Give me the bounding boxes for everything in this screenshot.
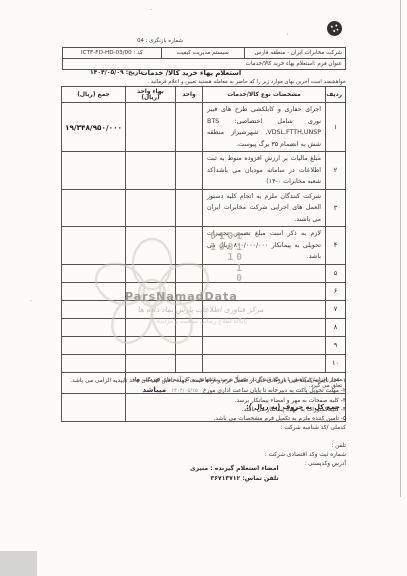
- row-number: ۶: [326, 282, 346, 300]
- row-number: ۹: [326, 336, 346, 354]
- stamped-word: میباشد: [142, 386, 166, 394]
- unit-price-cell: [126, 189, 176, 227]
- unit-price-cell: [126, 103, 176, 152]
- col-header-unit: واحد: [176, 87, 203, 103]
- notes-section: ۱- اخذ تاییدیه کمیته فنی بازرگانی قبل از…: [58, 377, 346, 470]
- unit-price-cell: [126, 336, 176, 354]
- unit-price-cell: [126, 227, 176, 265]
- unit-cell: [176, 336, 203, 354]
- total-cell: [62, 336, 126, 354]
- row-number: ۷: [326, 300, 346, 318]
- total-cell: [62, 282, 126, 300]
- row-number: ۱۰: [326, 354, 346, 372]
- note-item: ۵- تامین کننده ملزم به تکمیل فرم مشخصات …: [58, 415, 346, 424]
- total-cell: [62, 300, 126, 318]
- scanned-price-inquiry-form: شماره بازنگری : 04 شرکت مخابرات ایران - …: [0, 0, 407, 576]
- note-item: ۴- کلیه کسورات به عهده پیمانکار می باشد.: [58, 406, 346, 415]
- row-number: ۳: [326, 189, 346, 227]
- unit-cell: [176, 318, 203, 336]
- unit-price-cell: [126, 300, 176, 318]
- scan-edge-line: [400, 0, 401, 497]
- field-national-id: کدملی /کد شناسه شرکت :: [58, 424, 346, 433]
- table-row: ۱۰: [62, 354, 346, 372]
- note-item: ۱- اخذ تاییدیه کمیته فنی بازرگانی قبل از…: [58, 377, 346, 386]
- table-row: ۸: [62, 318, 346, 336]
- company-name: شرکت مخابرات ایران - منطقه فارس: [244, 48, 345, 59]
- unit-cell: [176, 152, 203, 190]
- field-phone: تلفن :: [58, 442, 346, 451]
- item-spec: [203, 336, 326, 354]
- total-cell: [62, 264, 126, 282]
- table-row: ۷: [62, 300, 346, 318]
- item-spec: [203, 354, 326, 372]
- table-row: ۹: [62, 336, 346, 354]
- unit-cell: [176, 300, 203, 318]
- col-header-row-number: ردیف: [326, 87, 346, 103]
- total-cell: [62, 189, 126, 227]
- unit-cell: [176, 354, 203, 372]
- table-header-row: ردیف مشخصات نوع کالا/خدمات واحد بهاء واح…: [62, 87, 346, 103]
- row-number: ۴: [326, 227, 346, 265]
- row-number: ۲: [326, 152, 346, 190]
- total-cell: [62, 152, 126, 190]
- unit-cell: [176, 282, 203, 300]
- unit-price-cell: [126, 282, 176, 300]
- signature-phone: تلفن تماس: ۳۶۷۱۳۷۱۲: [190, 474, 279, 484]
- unit-price-cell: [126, 264, 176, 282]
- signature-block: امضاء استعلام گیرنده : منیری تلفن تماس: …: [190, 464, 279, 484]
- table-row: ۳ شرکت کنندگان ملزم به انجام کلیه دستور …: [62, 189, 346, 227]
- scan-speck: [30, 300, 32, 301]
- scan-speck: [150, 9, 152, 10]
- request-line: خواهشمند است آخرین بهای موارد زیر را که …: [56, 79, 346, 85]
- field-register: شماره ثبت وکد اقتصادی شرکت :: [58, 451, 346, 460]
- price-table: ردیف مشخصات نوع کالا/خدمات واحد بهاء واح…: [61, 86, 346, 422]
- unit-cell: [176, 189, 203, 227]
- scan-speck: [287, 33, 288, 35]
- row-number: ۱: [326, 103, 346, 152]
- table-row: ۵: [62, 264, 346, 282]
- table-row: ۶: [62, 282, 346, 300]
- qms-label: سیستم مدیریت کیفیت: [161, 48, 244, 59]
- total-cell: [62, 354, 126, 372]
- item-spec: لازم به ذکر است مبلغ تضمین تجهیزات تحویل…: [203, 227, 326, 265]
- note-item: ۲- مهلت تحویل پاکت به دبیرخانه تا پایان …: [58, 386, 346, 396]
- col-header-unit-price: بهاء واحد (ریال): [126, 87, 176, 103]
- col-header-total: جمع (ریال): [62, 87, 126, 103]
- note-item: ۳- کلیه صفحات به مهر و امضاء پیمانکار بر…: [58, 397, 346, 406]
- signature-name: امضاء استعلام گیرنده : منیری: [190, 464, 279, 474]
- item-spec: [203, 264, 326, 282]
- form-header-table: شرکت مخابرات ایران - منطقه فارس سیستم مد…: [62, 47, 346, 70]
- total-cell: [62, 318, 126, 336]
- company-logo: [327, 21, 342, 36]
- table-row: ۱ اجرای حفاری و کابلکشی طرح های فیبر نور…: [62, 103, 346, 152]
- scan-corner-box: [0, 551, 37, 576]
- row-number: ۵: [326, 264, 346, 282]
- total-amount: ۱۹/۳۴۸/۹۵۰/۰۰۰: [62, 103, 126, 152]
- stamped-date: ۱۴۰۴/۰۵/۱۵: [171, 388, 198, 394]
- unit-cell: [176, 103, 203, 152]
- item-spec: [203, 282, 326, 300]
- item-spec: شرکت کنندگان ملزم به انجام کلیه دستور ال…: [203, 189, 326, 227]
- form-title-row: عنوان فرم :استعلام بهاء خرید کالا/خدمات: [63, 59, 346, 70]
- unit-cell: [176, 264, 203, 282]
- total-cell: [62, 227, 126, 265]
- item-spec: [203, 300, 326, 318]
- table-row: ۲ مبلغ مالیات بر ارزش افزوده منوط به ثبت…: [62, 152, 346, 190]
- item-spec: [203, 318, 326, 336]
- title-row: استعلام بهاء خرید کالا/ خدمات تاریخ: ۱۴۰…: [62, 69, 346, 79]
- unit-price-cell: [126, 152, 176, 190]
- document-date: تاریخ: ۱۴۰۴/۰۵/۰۹: [90, 69, 143, 76]
- note-text: ۲- مهلت تحویل پاکت به دبیرخانه تا پایان …: [203, 388, 346, 394]
- revision-label: شماره بازنگری : 04: [137, 38, 183, 44]
- row-number: ۸: [326, 318, 346, 336]
- unit-price-cell: [126, 318, 176, 336]
- unit-price-cell: [126, 354, 176, 372]
- unit-cell: [176, 227, 203, 265]
- form-code: کد : ICTF-FO-HD-03/00: [63, 48, 162, 59]
- col-header-spec: مشخصات نوع کالا/خدمات: [203, 87, 326, 103]
- item-spec: اجرای حفاری و کابلکشی طرح های فیبر نوری …: [203, 103, 326, 152]
- item-spec: مبلغ مالیات بر ارزش افزوده منوط به ثبت ا…: [203, 152, 326, 190]
- table-row: ۴ لازم به ذکر است مبلغ تضمین تجهیزات تحو…: [62, 227, 346, 265]
